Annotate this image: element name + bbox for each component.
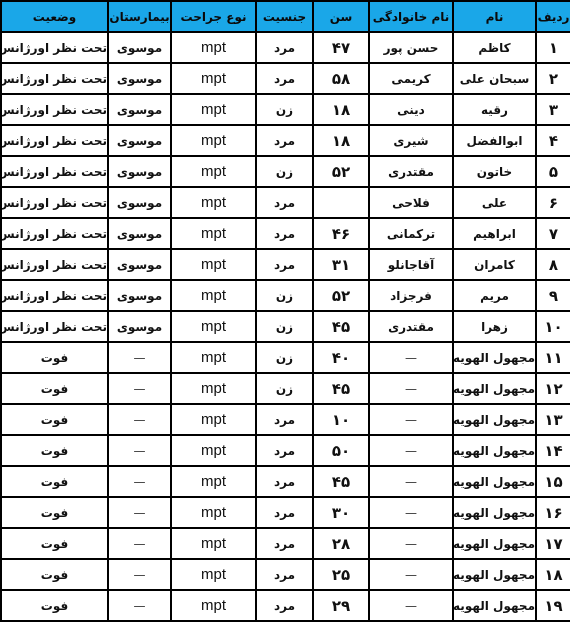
cell-age: ۳۱ (313, 249, 369, 280)
cell-name: مجهول الهویه (453, 497, 536, 528)
cell-row-number: ۸ (536, 249, 570, 280)
cell-name: ابوالفضل (453, 125, 536, 156)
cell-gender: زن (256, 373, 313, 404)
cell-gender: مرد (256, 32, 313, 63)
cell-row-number: ۱۹ (536, 590, 570, 621)
table-row: ۳رقیهدینی۱۸زنmptموسویتحت نظر اورژانس (1, 94, 570, 125)
cell-injury-type: mpt (171, 63, 256, 94)
cell-injury-type: mpt (171, 373, 256, 404)
cell-name: خاتون (453, 156, 536, 187)
table-body: ۱کاظمحسن پور۴۷مردmptموسویتحت نظر اورژانس… (1, 32, 570, 621)
cell-family-name: حسن پور (369, 32, 453, 63)
cell-row-number: ۱۰ (536, 311, 570, 342)
cell-status: تحت نظر اورژانس (1, 63, 108, 94)
cell-family-name: — (369, 373, 453, 404)
cell-hospital: موسوی (108, 187, 171, 218)
cell-status: تحت نظر اورژانس (1, 156, 108, 187)
cell-hospital: موسوی (108, 218, 171, 249)
cell-hospital: — (108, 528, 171, 559)
cell-family-name: شیری (369, 125, 453, 156)
cell-name: سبحان علی (453, 63, 536, 94)
cell-gender: زن (256, 311, 313, 342)
cell-family-name: مقتدری (369, 156, 453, 187)
cell-name: مجهول الهویه (453, 435, 536, 466)
cell-injury-type: mpt (171, 187, 256, 218)
header-status: وضعیت (1, 1, 108, 32)
cell-row-number: ۵ (536, 156, 570, 187)
cell-name: کامران (453, 249, 536, 280)
cell-status: تحت نظر اورژانس (1, 249, 108, 280)
header-gender: جنسیت (256, 1, 313, 32)
cell-status: تحت نظر اورژانس (1, 280, 108, 311)
cell-row-number: ۶ (536, 187, 570, 218)
cell-name: مجهول الهویه (453, 404, 536, 435)
cell-age: ۴۵ (313, 466, 369, 497)
cell-status: تحت نظر اورژانس (1, 311, 108, 342)
cell-row-number: ۷ (536, 218, 570, 249)
table-row: ۱۳مجهول الهویه—۱۰مردmpt—فوت (1, 404, 570, 435)
cell-status: تحت نظر اورژانس (1, 218, 108, 249)
cell-gender: مرد (256, 249, 313, 280)
cell-gender: مرد (256, 63, 313, 94)
cell-hospital: — (108, 435, 171, 466)
cell-status: تحت نظر اورژانس (1, 32, 108, 63)
cell-age: ۲۵ (313, 559, 369, 590)
cell-injury-type: mpt (171, 435, 256, 466)
cell-age: ۴۵ (313, 373, 369, 404)
table-row: ۱۱مجهول الهویه—۴۰زنmpt—فوت (1, 342, 570, 373)
cell-hospital: موسوی (108, 280, 171, 311)
cell-injury-type: mpt (171, 311, 256, 342)
cell-hospital: — (108, 559, 171, 590)
cell-gender: مرد (256, 466, 313, 497)
cell-row-number: ۱۶ (536, 497, 570, 528)
cell-status: تحت نظر اورژانس (1, 94, 108, 125)
cell-age: ۵۰ (313, 435, 369, 466)
cell-gender: مرد (256, 187, 313, 218)
cell-injury-type: mpt (171, 218, 256, 249)
cell-age: ۴۰ (313, 342, 369, 373)
cell-age: ۴۶ (313, 218, 369, 249)
cell-injury-type: mpt (171, 280, 256, 311)
cell-status: فوت (1, 342, 108, 373)
casualty-table-document: ردیف نام نام خانوادگی سن جنسیت نوع جراحت… (0, 0, 570, 622)
cell-gender: مرد (256, 218, 313, 249)
table-row: ۸کامرانآقاجانلو۳۱مردmptموسویتحت نظر اورژ… (1, 249, 570, 280)
cell-family-name: مقتدری (369, 311, 453, 342)
cell-name: علی (453, 187, 536, 218)
cell-injury-type: mpt (171, 156, 256, 187)
cell-row-number: ۱۱ (536, 342, 570, 373)
cell-age: ۱۸ (313, 94, 369, 125)
cell-gender: زن (256, 156, 313, 187)
cell-row-number: ۲ (536, 63, 570, 94)
cell-hospital: موسوی (108, 94, 171, 125)
cell-family-name: — (369, 435, 453, 466)
cell-age: ۵۸ (313, 63, 369, 94)
cell-gender: مرد (256, 528, 313, 559)
table-row: ۱۹مجهول الهویه—۲۹مردmpt—فوت (1, 590, 570, 621)
table-row: ۱۸مجهول الهویه—۲۵مردmpt—فوت (1, 559, 570, 590)
cell-row-number: ۱۲ (536, 373, 570, 404)
cell-gender: مرد (256, 125, 313, 156)
cell-gender: مرد (256, 497, 313, 528)
cell-status: فوت (1, 559, 108, 590)
cell-family-name: — (369, 590, 453, 621)
cell-family-name: — (369, 559, 453, 590)
cell-name: مجهول الهویه (453, 590, 536, 621)
cell-row-number: ۱۳ (536, 404, 570, 435)
table-row: ۹مریمفرجزاد۵۲زنmptموسویتحت نظر اورژانس (1, 280, 570, 311)
cell-gender: مرد (256, 559, 313, 590)
cell-name: مجهول الهویه (453, 528, 536, 559)
cell-hospital: موسوی (108, 125, 171, 156)
table-row: ۱۷مجهول الهویه—۲۸مردmpt—فوت (1, 528, 570, 559)
cell-injury-type: mpt (171, 404, 256, 435)
cell-hospital: — (108, 404, 171, 435)
cell-row-number: ۱ (536, 32, 570, 63)
cell-family-name: ترکمانی (369, 218, 453, 249)
cell-injury-type: mpt (171, 94, 256, 125)
cell-injury-type: mpt (171, 32, 256, 63)
cell-family-name: — (369, 466, 453, 497)
cell-age: ۲۹ (313, 590, 369, 621)
cell-name: کاظم (453, 32, 536, 63)
cell-family-name: — (369, 497, 453, 528)
cell-age: ۱۰ (313, 404, 369, 435)
cell-row-number: ۱۸ (536, 559, 570, 590)
cell-injury-type: mpt (171, 590, 256, 621)
cell-name: رقیه (453, 94, 536, 125)
cell-family-name: دینی (369, 94, 453, 125)
cell-age: ۵۲ (313, 156, 369, 187)
cell-gender: مرد (256, 404, 313, 435)
table-row: ۲سبحان علیکریمی۵۸مردmptموسویتحت نظر اورژ… (1, 63, 570, 94)
cell-row-number: ۴ (536, 125, 570, 156)
cell-name: مجهول الهویه (453, 342, 536, 373)
cell-name: ابراهیم (453, 218, 536, 249)
cell-status: فوت (1, 373, 108, 404)
cell-injury-type: mpt (171, 497, 256, 528)
table-row: ۵خاتونمقتدری۵۲زنmptموسویتحت نظر اورژانس (1, 156, 570, 187)
cell-status: تحت نظر اورژانس (1, 125, 108, 156)
cell-gender: زن (256, 280, 313, 311)
cell-hospital: — (108, 590, 171, 621)
cell-gender: مرد (256, 435, 313, 466)
casualty-table: ردیف نام نام خانوادگی سن جنسیت نوع جراحت… (0, 0, 570, 622)
cell-name: مجهول الهویه (453, 466, 536, 497)
cell-family-name: — (369, 404, 453, 435)
cell-injury-type: mpt (171, 528, 256, 559)
cell-age: ۳۰ (313, 497, 369, 528)
cell-row-number: ۱۵ (536, 466, 570, 497)
cell-row-number: ۱۷ (536, 528, 570, 559)
cell-name: مجهول الهویه (453, 559, 536, 590)
cell-gender: مرد (256, 590, 313, 621)
cell-row-number: ۹ (536, 280, 570, 311)
cell-name: زهرا (453, 311, 536, 342)
cell-status: فوت (1, 466, 108, 497)
cell-gender: زن (256, 342, 313, 373)
cell-age: ۴۵ (313, 311, 369, 342)
cell-name: مریم (453, 280, 536, 311)
cell-injury-type: mpt (171, 249, 256, 280)
table-row: ۱۰زهرامقتدری۴۵زنmptموسویتحت نظر اورژانس (1, 311, 570, 342)
cell-name: مجهول الهویه (453, 373, 536, 404)
cell-row-number: ۳ (536, 94, 570, 125)
cell-hospital: موسوی (108, 32, 171, 63)
cell-status: فوت (1, 404, 108, 435)
cell-status: فوت (1, 435, 108, 466)
cell-hospital: موسوی (108, 311, 171, 342)
cell-hospital: — (108, 342, 171, 373)
table-row: ۱کاظمحسن پور۴۷مردmptموسویتحت نظر اورژانس (1, 32, 570, 63)
cell-age: ۱۸ (313, 125, 369, 156)
cell-status: فوت (1, 497, 108, 528)
header-age: سن (313, 1, 369, 32)
cell-family-name: فلاحی (369, 187, 453, 218)
cell-hospital: موسوی (108, 63, 171, 94)
cell-gender: زن (256, 94, 313, 125)
table-row: ۱۵مجهول الهویه—۴۵مردmpt—فوت (1, 466, 570, 497)
table-row: ۱۴مجهول الهویه—۵۰مردmpt—فوت (1, 435, 570, 466)
table-row: ۷ابراهیمترکمانی۴۶مردmptموسویتحت نظر اورژ… (1, 218, 570, 249)
header-hospital: بیمارستان (108, 1, 171, 32)
cell-family-name: فرجزاد (369, 280, 453, 311)
cell-injury-type: mpt (171, 125, 256, 156)
cell-status: تحت نظر اورژانس (1, 187, 108, 218)
cell-hospital: — (108, 373, 171, 404)
cell-injury-type: mpt (171, 559, 256, 590)
cell-age (313, 187, 369, 218)
cell-family-name: — (369, 528, 453, 559)
cell-status: فوت (1, 590, 108, 621)
table-row: ۱۶مجهول الهویه—۳۰مردmpt—فوت (1, 497, 570, 528)
cell-injury-type: mpt (171, 342, 256, 373)
cell-family-name: — (369, 342, 453, 373)
header-row-number: ردیف (536, 1, 570, 32)
cell-family-name: آقاجانلو (369, 249, 453, 280)
cell-hospital: موسوی (108, 156, 171, 187)
cell-hospital: موسوی (108, 249, 171, 280)
cell-hospital: — (108, 466, 171, 497)
table-header-row: ردیف نام نام خانوادگی سن جنسیت نوع جراحت… (1, 1, 570, 32)
table-row: ۱۲مجهول الهویه—۴۵زنmpt—فوت (1, 373, 570, 404)
table-row: ۴ابوالفضلشیری۱۸مردmptموسویتحت نظر اورژان… (1, 125, 570, 156)
cell-age: ۴۷ (313, 32, 369, 63)
header-family-name: نام خانوادگی (369, 1, 453, 32)
cell-row-number: ۱۴ (536, 435, 570, 466)
header-injury-type: نوع جراحت (171, 1, 256, 32)
cell-family-name: کریمی (369, 63, 453, 94)
cell-hospital: — (108, 497, 171, 528)
table-row: ۶علیفلاحیمردmptموسویتحت نظر اورژانس (1, 187, 570, 218)
cell-age: ۲۸ (313, 528, 369, 559)
cell-age: ۵۲ (313, 280, 369, 311)
cell-injury-type: mpt (171, 466, 256, 497)
cell-status: فوت (1, 528, 108, 559)
header-name: نام (453, 1, 536, 32)
